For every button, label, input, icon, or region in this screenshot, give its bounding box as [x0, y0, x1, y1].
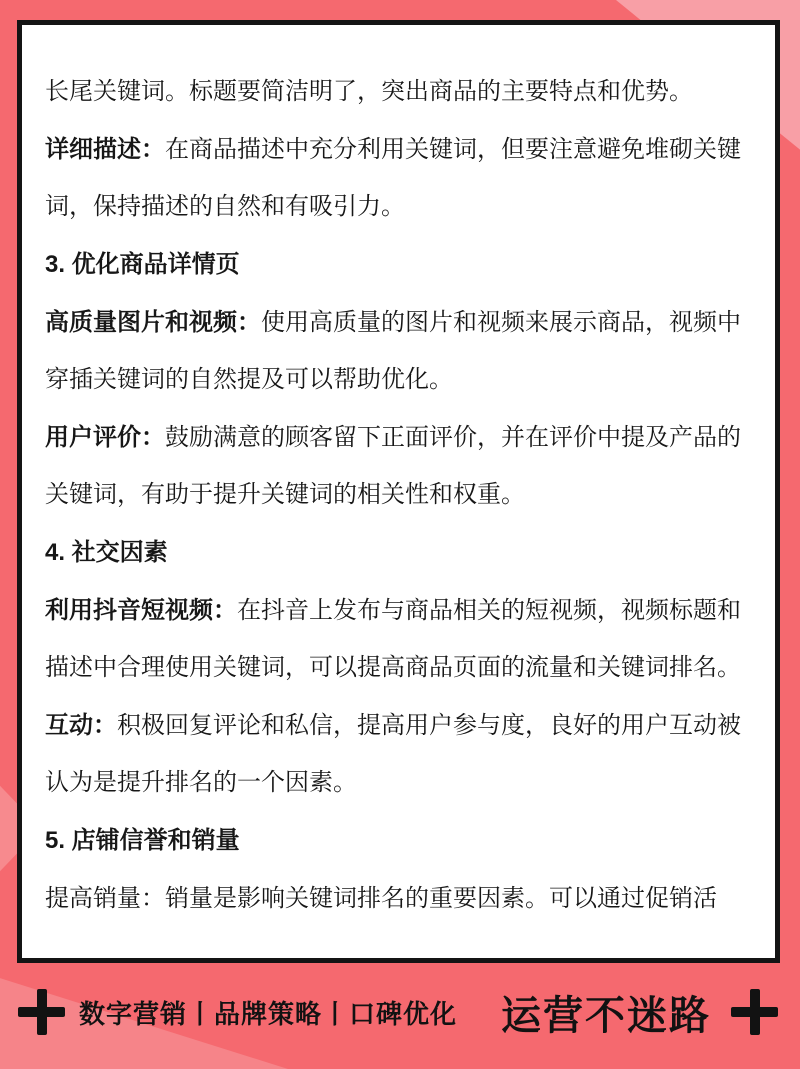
page-background: 长尾关键词。标题要简洁明了，突出商品的主要特点和优势。详细描述：在商品描述中充分… [0, 0, 800, 1069]
content-lines: 长尾关键词。标题要简洁明了，突出商品的主要特点和优势。详细描述：在商品描述中充分… [22, 25, 775, 924]
line-text: 提高销量：销量是影响关键词排名的重要因素。可以通过促销活 [45, 878, 717, 913]
footer-slogan: 运营不迷路 [501, 984, 711, 1041]
text-line: 词，保持描述的自然和有吸引力。 [45, 175, 767, 233]
line-lead-label: 5. 店铺信誉和销量 [45, 820, 240, 855]
text-line: 利用抖音短视频：在抖音上发布与商品相关的短视频，视频标题和 [45, 578, 767, 636]
line-text: 鼓励满意的顾客留下正面评价，并在评价中提及产品的 [165, 417, 741, 452]
text-line: 穿插关键词的自然提及可以帮助优化。 [45, 348, 767, 406]
line-text: 在商品描述中充分利用关键词，但要注意避免堆砌关键 [165, 129, 741, 164]
text-line: 详细描述：在商品描述中充分利用关键词，但要注意避免堆砌关键 [45, 118, 767, 176]
text-line: 关键词，有助于提升关键词的相关性和权重。 [45, 463, 767, 521]
footer-right-group: 运营不迷路 [501, 984, 778, 1041]
content-card: 长尾关键词。标题要简洁明了，突出商品的主要特点和优势。详细描述：在商品描述中充分… [17, 20, 780, 963]
line-lead-label: 3. 优化商品详情页 [45, 244, 240, 279]
line-lead-label: 详细描述： [45, 129, 165, 164]
line-text: 使用高质量的图片和视频来展示商品，视频中 [261, 302, 741, 337]
text-line: 用户评价：鼓励满意的顾客留下正面评价，并在评价中提及产品的 [45, 406, 767, 464]
text-line: 互动：积极回复评论和私信，提高用户参与度，良好的用户互动被 [45, 694, 767, 752]
line-text: 认为是提升排名的一个因素。 [45, 762, 357, 797]
footer: 数字营销丨品牌策略丨口碑优化 运营不迷路 [0, 963, 800, 1069]
text-line: 高质量图片和视频：使用高质量的图片和视频来展示商品，视频中 [45, 290, 767, 348]
plus-icon [731, 989, 778, 1035]
line-lead-label: 互动： [45, 705, 117, 740]
plus-icon [18, 989, 65, 1035]
section-heading: 3. 优化商品详情页 [45, 233, 767, 291]
line-lead-label: 4. 社交因素 [45, 532, 168, 567]
line-lead-label: 高质量图片和视频： [45, 302, 261, 337]
line-text: 描述中合理使用关键词，可以提高商品页面的流量和关键词排名。 [45, 647, 741, 682]
line-text: 在抖音上发布与商品相关的短视频，视频标题和 [237, 590, 741, 625]
line-lead-label: 用户评价： [45, 417, 165, 452]
line-text: 长尾关键词。标题要简洁明了，突出商品的主要特点和优势。 [45, 71, 693, 106]
line-text: 关键词，有助于提升关键词的相关性和权重。 [45, 474, 525, 509]
section-heading: 5. 店铺信誉和销量 [45, 809, 767, 867]
footer-tags-label: 数字营销丨品牌策略丨口碑优化 [79, 994, 457, 1031]
line-text: 词，保持描述的自然和有吸引力。 [45, 186, 405, 221]
line-text: 积极回复评论和私信，提高用户参与度，良好的用户互动被 [117, 705, 741, 740]
text-line: 提高销量：销量是影响关键词排名的重要因素。可以通过促销活 [45, 866, 767, 924]
line-text: 穿插关键词的自然提及可以帮助优化。 [45, 359, 453, 394]
section-heading: 4. 社交因素 [45, 521, 767, 579]
text-line: 认为是提升排名的一个因素。 [45, 751, 767, 809]
footer-left-group: 数字营销丨品牌策略丨口碑优化 [18, 989, 457, 1035]
text-line: 描述中合理使用关键词，可以提高商品页面的流量和关键词排名。 [45, 636, 767, 694]
text-line: 长尾关键词。标题要简洁明了，突出商品的主要特点和优势。 [45, 60, 767, 118]
line-lead-label: 利用抖音短视频： [45, 590, 237, 625]
